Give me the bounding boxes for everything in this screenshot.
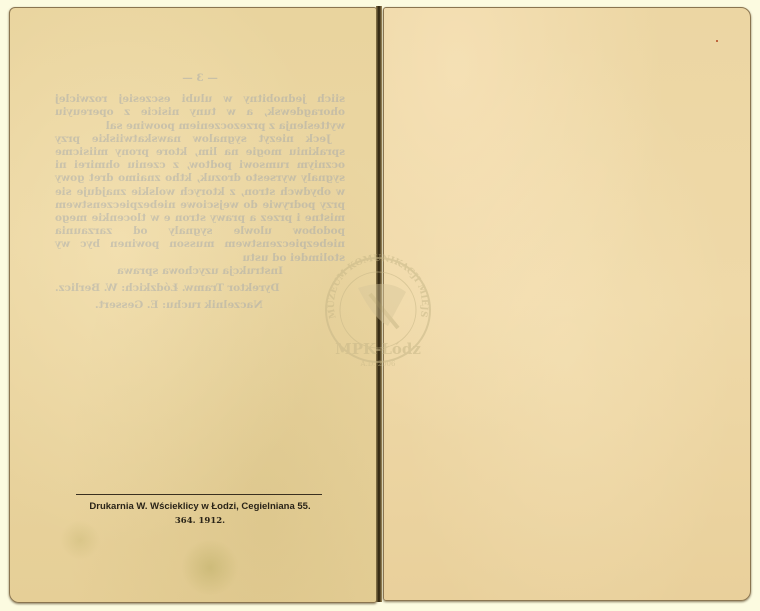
print-number: 364. 1912. [60,514,340,528]
bleed-signature: Dyrektor Tramw. Łódzkich: W. Berlicz. [55,282,345,295]
paper-speck [716,40,718,42]
bleed-through-text: — 3 — siich jednobitny w ulubi esczesiej… [55,72,345,312]
bleed-paragraph: Jeck niezyt sygnalow nawskatwiiskie przy… [55,133,345,265]
printer-imprint: Drukarnia W. Wścieklicy w Łodzi, Cegieln… [60,500,340,528]
right-page [383,7,751,601]
bleed-signature-sub: Naczelnik ruchu: E. Gessert. [95,299,345,312]
svg-text:MPK-Łódź: MPK-Łódź [335,340,421,358]
svg-text:A.D. 2006: A.D. 2006 [360,360,396,368]
imprint-rule [76,494,322,495]
paper-stain [180,540,240,595]
printer-line: Drukarnia W. Wścieklicy w Łodzi, Cegieln… [60,500,340,514]
bleed-paragraph: Instrukcja uzychowa sprawa [55,265,345,278]
bleed-page-number: — 3 — [55,72,345,85]
museum-watermark-icon: MUZEUM KOMUNIKACJI MIEJSKIEJ MPK-Łódź A.… [318,248,438,373]
bleed-paragraph: siich jednobitny w ulubi esczesiej rozwi… [55,93,345,133]
